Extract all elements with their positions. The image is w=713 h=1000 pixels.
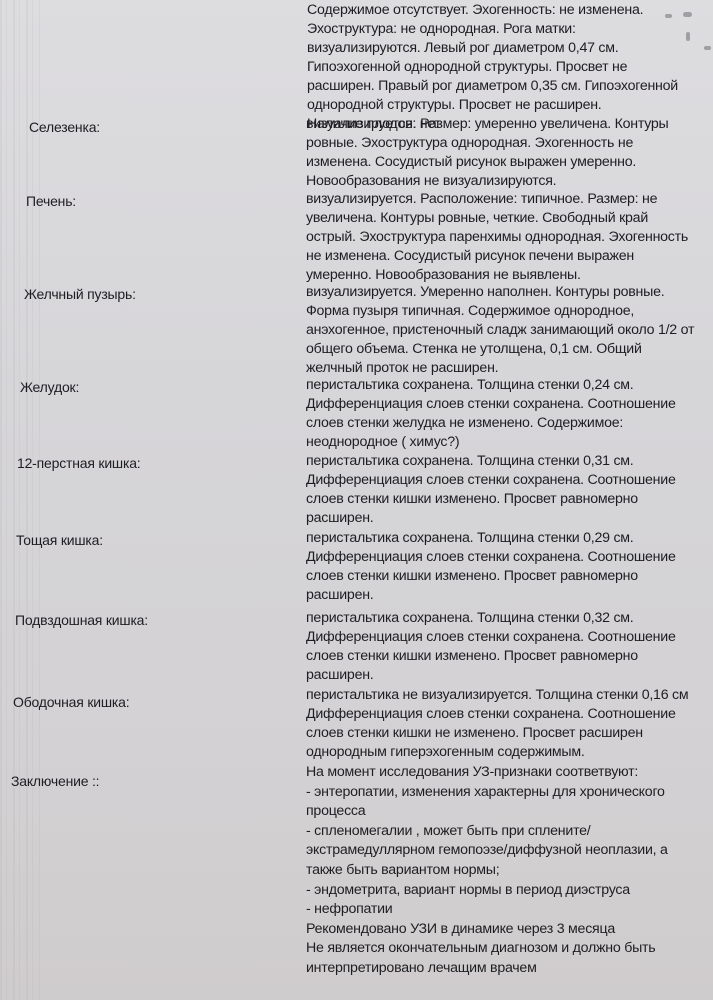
- section-text: перистальтика не визуализируется. Толщин…: [306, 686, 713, 762]
- section-label: Селезенка:: [29, 119, 100, 135]
- section-text: визуализируется. Умеренно наполнен. Конт…: [306, 283, 713, 378]
- section-label: Заключение ::: [11, 773, 99, 789]
- ultrasound-report-page: Содержимое отсутствует. Эхогенность: не …: [0, 0, 713, 1000]
- section-label: Желудок:: [20, 379, 79, 395]
- section-text: перистальтика сохранена. Толщина стенки …: [306, 452, 713, 528]
- section-text: перистальтика сохранена. Толщина стенки …: [306, 376, 713, 452]
- section-label: 12-перстная кишка:: [17, 455, 140, 471]
- section-label: Подвздошная кишка:: [15, 612, 148, 628]
- paper-edge-texture: [0, 0, 40, 1000]
- section-label: Ободочная кишка:: [13, 694, 129, 710]
- section-text: визуализируется. Размер: умеренно увелич…: [306, 115, 713, 191]
- section-label: Тощая кишка:: [16, 532, 103, 548]
- section-text: На момент исследования УЗ-признаки соотв…: [306, 763, 713, 979]
- section-label: Желчный пузырь:: [24, 286, 136, 302]
- section-label: Печень:: [26, 193, 76, 209]
- section-text: перистальтика сохранена. Толщина стенки …: [306, 529, 713, 605]
- section-text: перистальтика сохранена. Толщина стенки …: [306, 609, 713, 685]
- section-text: визуализируется. Расположение: типичное.…: [306, 190, 713, 285]
